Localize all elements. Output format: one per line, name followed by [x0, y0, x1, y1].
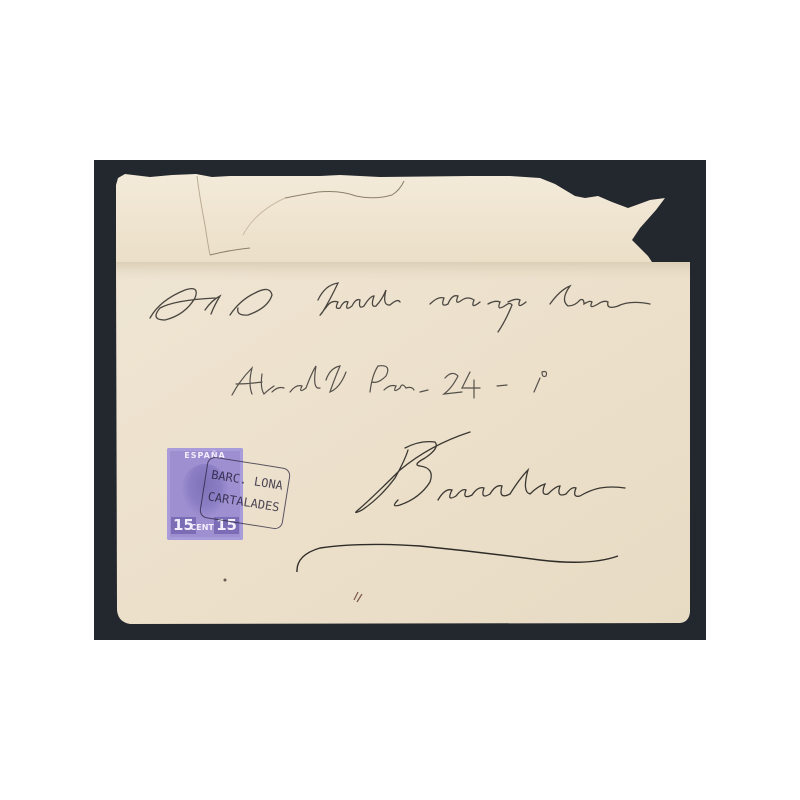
envelope [0, 0, 800, 800]
envelope-body [116, 262, 690, 624]
postmark-cancellation: BARC. LONA CARTALADES [199, 456, 292, 530]
